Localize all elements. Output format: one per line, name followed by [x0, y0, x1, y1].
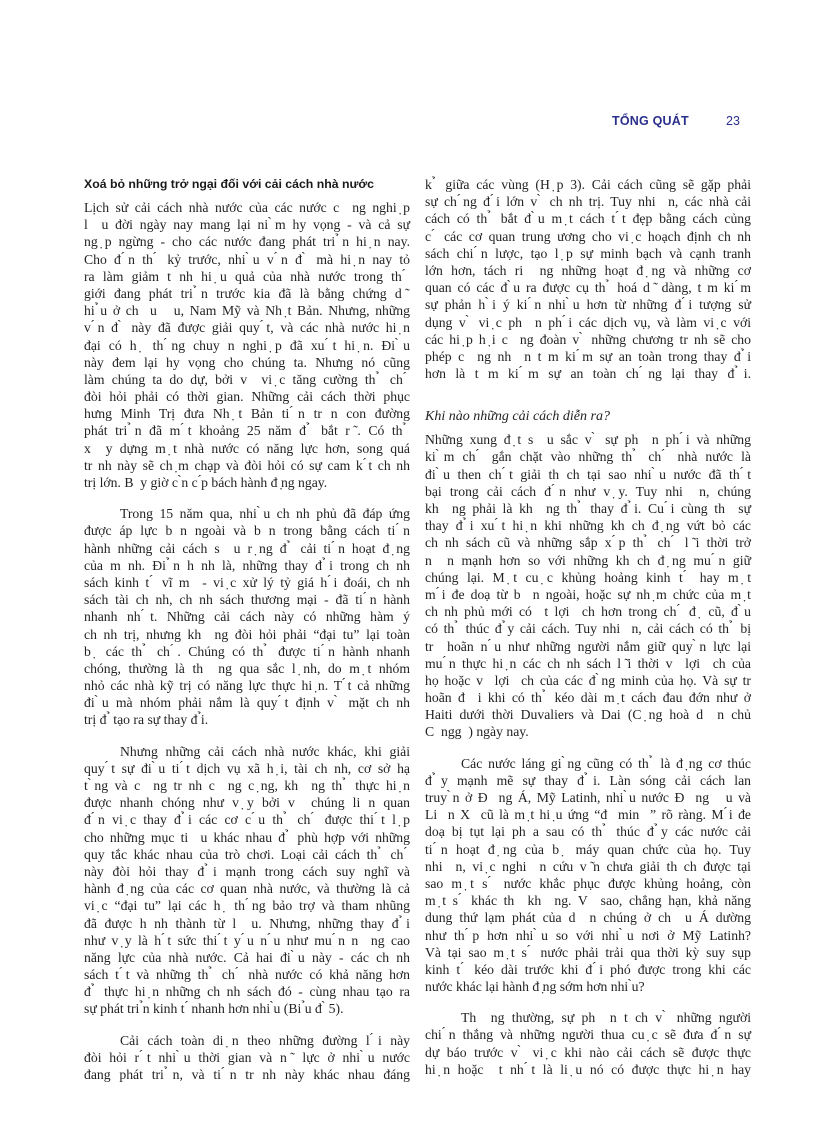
- text-line: doạ bị tụt lại ph a sau có th ̉ thúc đ ̉…: [425, 823, 751, 840]
- text-line: của m nh. Đi ̉n h nh là, những thay đ ̉i…: [84, 557, 410, 574]
- text-line: Và tại sao m ̣t s ́ nước phải trải qua t…: [425, 944, 751, 961]
- text-line: hưng Minh Trị đưa Nh ̣t Bản ti ́n tr n c…: [84, 405, 410, 422]
- text-line: phát tri ̉n đã m ́t khoảng 25 năm đ ̉ bắ…: [84, 422, 410, 439]
- right-paragraphs: Những xung đ ̣t s u sắc v ̀ sự ph n ph ́…: [425, 431, 751, 1078]
- paragraph: Nhưng những cải cách nhà nước khác, khi …: [84, 743, 410, 1018]
- text-line: sao m ̣t s ́ nước khắc phục được khủng h…: [425, 875, 751, 892]
- running-head-title: TỔNG QUÁT: [612, 114, 689, 128]
- text-line: nhỏ các nhà kỹ trị có năng lực thực hi ̣…: [84, 677, 410, 694]
- text-line: ng ̣p ngừng - cho các nước đang phát tri…: [84, 233, 410, 250]
- text-line: được nhanh chóng như v ̣y bởi v chúng li…: [84, 794, 410, 811]
- text-line: đi ̀u mà nhóm phải nắm là quy ́t định v …: [84, 694, 410, 711]
- page-number: 23: [726, 114, 740, 128]
- paragraph-gap: [425, 741, 751, 755]
- text-line: như v ̣y là h ́t sức thi ́t y ́u n ́u nh…: [84, 932, 410, 949]
- text-line: Lịch sử cải cách nhà nước của các nước c…: [84, 199, 410, 216]
- paragraph: Những xung đ ̣t s u sắc v ̀ sự ph n ph ́…: [425, 431, 751, 740]
- text-line: đòi hỏi r ́t nhi ̀u thời gian và n ̃ lực…: [84, 1049, 410, 1066]
- text-line: chúng lại. M ̣t cu ̣c khủng hoảng kinh t…: [425, 569, 751, 586]
- text-line: có th ̉ thúc đ ̉y cải cách. Tuy nhi n, c…: [425, 620, 751, 637]
- text-line: l u đời ngày nay mang lại ni ̀m hy vọng …: [84, 216, 410, 233]
- text-line: m ̣t s ́ khác th kh ng. V sao, chẳng hạn…: [425, 892, 751, 909]
- text-line: ch nh phủ mới có t lợi ch hơn trong ch ́…: [425, 603, 751, 620]
- text-line: Nhưng những cải cách nhà nước khác, khi …: [84, 743, 410, 760]
- section-subheading: Khi nào những cải cách diễn ra?: [425, 408, 751, 425]
- text-line: kinh t ́ kéo dài trước khi đ ́i phó được…: [425, 961, 751, 978]
- text-line: t ̀ng và c ng tr nh c ng c ̣ng, kh ng th…: [84, 777, 410, 794]
- document-page: TỔNG QUÁT 23 Xoá bỏ những trở ngại đối v…: [0, 0, 816, 1123]
- text-line: nước khác lại hành đ ̣ng sớm hơn nhi ̀u?: [425, 978, 751, 995]
- paragraph-gap: [425, 995, 751, 1009]
- text-line: Haiti dưới thời Duvaliers và Dai (C ̣ng …: [425, 706, 751, 723]
- text-line: đang phát tri ̉n, và ti ́n tr nh này khá…: [84, 1066, 410, 1083]
- text-line: hành những cải cách s u r ̣ng đ ̉ cải ti…: [84, 540, 410, 557]
- paragraph: Các nước láng gi ̀ng cũng có th ̉ là đ ̣…: [425, 755, 751, 996]
- text-line: đ ̉ thực hi ̣n những ch nh sách đó - cùn…: [84, 983, 410, 1000]
- text-line: đại có h ̣ th ́ng chuy n nghi ̣p đã xu ́…: [84, 337, 410, 354]
- running-head: TỔNG QUÁT 23: [0, 114, 816, 134]
- text-line: m ́i đe doạ từ b n ngoài, hoặc sự nh ̣m …: [425, 586, 751, 603]
- text-line: Th ng thường, sự ph n t ch v ̀ những ngư…: [425, 1009, 751, 1026]
- left-paragraphs: Lịch sử cải cách nhà nước của các nước c…: [84, 199, 410, 1083]
- section-heading: Xoá bỏ những trở ngại đối với cải cách n…: [84, 176, 410, 193]
- text-line: sự phản h ̀i ý ki ́n nhi ̀u hơn từ những…: [425, 296, 751, 313]
- text-line: hoãn đ i khi có th ̉ kéo dài m ̣t cách đ…: [425, 689, 751, 706]
- text-line: hơn là t m ki ́m sự an toàn ch ́ng lại t…: [425, 365, 751, 382]
- text-line: được áp lực b n ngoài và b n trong bằng …: [84, 522, 410, 539]
- text-line: ch nh sách cũ và những sắp x ́p th ̉ ch …: [425, 534, 751, 551]
- text-line: ki ̀m ch ́ gắn chặt vào những th ̉ ch ́ …: [425, 448, 751, 465]
- paragraph: Cải cách toàn di ̣n theo những đường l ́…: [84, 1032, 410, 1084]
- text-line: k ̉ giữa các vùng (H ̣p 3). Cải cách cũn…: [425, 176, 751, 193]
- text-line: chi ́n thắng và những người thua cu ̣c s…: [425, 1026, 751, 1043]
- text-line: cách có th ̉ bắt đ ̀u m ̣t cách t ́t đẹp…: [425, 210, 751, 227]
- paragraph: Th ng thường, sự ph n t ch v ̀ những ngư…: [425, 1009, 751, 1078]
- text-line: mu ́n thực hi ̣n các ch nh sách l ̃i thờ…: [425, 655, 751, 672]
- text-line: b ̣ các th ̉ ch ́. Chúng có th ̉ được ti…: [84, 643, 410, 660]
- text-line: trị đ ̉ tạo ra sự thay đ ̉i.: [84, 711, 410, 728]
- text-line: đã được h nh thành từ l u. Nhưng, những …: [84, 915, 410, 932]
- text-line: phép c ng nh n t m ki ́m sự an toàn tron…: [425, 348, 751, 365]
- text-line: dự báo trước v ̀ vi ̣c khi nào cải cách …: [425, 1044, 751, 1061]
- text-line: nhanh nh ́t. Những cải cách này có những…: [84, 608, 410, 625]
- text-line: đ ́n vi ̣c thay đ ̉i các cơ c ́u th ̉ ch…: [84, 811, 410, 828]
- paragraph-gap: [84, 1018, 410, 1032]
- text-line: quy tắc khác nhau của trò chơi. Loại cải…: [84, 846, 410, 863]
- text-line: này đòi hỏi thay đ ̉i mạnh trong cách su…: [84, 863, 410, 880]
- paragraph-gap: [84, 729, 410, 743]
- text-line: ch nh trị, nhưng kh ng đòi hỏi phải “đại…: [84, 626, 410, 643]
- text-line: sách tài ch nh, ch nh sách thương mại - …: [84, 591, 410, 608]
- text-line: C ngg ) ngày nay.: [425, 723, 751, 740]
- text-line: v ́n đ ̀ này đã được giải quy ́t, và các…: [84, 319, 410, 336]
- text-line: đòi hỏi phải có thời gian. Những cải các…: [84, 388, 410, 405]
- text-line: n n mạnh hơn so với những kh ch đ ̣ng mu…: [425, 552, 751, 569]
- text-line: các hi ̣p h ̣i c ng đoàn v ̀ những chươn…: [425, 331, 751, 348]
- text-line: sách t ́t và những th ̉ ch ́ nhà nước có…: [84, 966, 410, 983]
- text-line: hành đ ̣ng của các cơ quan nhà nước, và …: [84, 880, 410, 897]
- paragraph: k ̉ giữa các vùng (H ̣p 3). Cải cách cũn…: [425, 176, 751, 382]
- text-line: sự ch ́ng đ ́i lớn v ̀ ch nh trị. Tuy nh…: [425, 193, 751, 210]
- text-line: dung thứ lạm phát của d n chúng ở ch u Á…: [425, 909, 751, 926]
- text-line: sách chi ́n lược, tạo l ̣p sự minh bạch …: [425, 245, 751, 262]
- text-line: Cải cách toàn di ̣n theo những đường l ́…: [84, 1032, 410, 1049]
- text-line: bại trong cải cách đ ́n như v ̣y. Tuy nh…: [425, 483, 751, 500]
- text-line: hi ̣n hoặc t nh ́t là li ̣u nó có được t…: [425, 1061, 751, 1078]
- paragraph: Lịch sử cải cách nhà nước của các nước c…: [84, 199, 410, 491]
- right-continued-paragraph: k ̉ giữa các vùng (H ̣p 3). Cải cách cũn…: [425, 176, 751, 382]
- text-line: quan có các đ ̀u ra được cụ th ̉ hoá d ̃…: [425, 279, 751, 296]
- text-line: đi ̀u then ch ́t giải th ch tại sao nhi …: [425, 466, 751, 483]
- text-line: tr nh này sẽ ch ̣m chạp và đòi hỏi có sự…: [84, 457, 410, 474]
- text-line: cho những mục ti u khác nhau đ ̉ phù hợp…: [84, 829, 410, 846]
- paragraph-gap: [84, 491, 410, 505]
- text-line: này đem lại hy vọng cho chúng ta. Nhưng …: [84, 354, 410, 371]
- paragraph: Trong 15 năm qua, nhi ̀u ch nh phủ đã đá…: [84, 505, 410, 728]
- text-line: vi ̣c “đại tu” lại các h ̣ th ́ng bảo tr…: [84, 897, 410, 914]
- text-line: giới đang phát tri ̉n trước kia đã là bằ…: [84, 285, 410, 302]
- text-line: Trong 15 năm qua, nhi ̀u ch nh phủ đã đá…: [84, 505, 410, 522]
- text-line: ra làm giảm t nh hi ̣u quả của nhà nước …: [84, 268, 410, 285]
- text-line: Cho đ ́n th ́ kỷ trước, nhi ̀u v ́n đ ̀ …: [84, 251, 410, 268]
- text-line: hi ̉u ở ch u u, Nam Mỹ và Nh ̣t Bản. Như…: [84, 302, 410, 319]
- text-line: làm chúng ta do dự, bởi v vi ̣c tăng cườ…: [84, 371, 410, 388]
- text-line: Li n X cũ là m ̣t hi ̣u ứng “đ min ” rõ …: [425, 806, 751, 823]
- text-line: Các nước láng gi ̀ng cũng có th ̉ là đ ̣…: [425, 755, 751, 772]
- text-line: nhi n, vi ̣c nghi n cứu v ̃n chưa giải t…: [425, 858, 751, 875]
- left-column: Xoá bỏ những trở ngại đối với cải cách n…: [84, 176, 410, 1083]
- text-line: họ hoặc v lợi ch của các đ ̀ng minh của …: [425, 672, 751, 689]
- text-line: chóng, thường là th ng qua sắc l ̣nh, do…: [84, 660, 410, 677]
- text-line: năng lực của nhà nước. Cả hai đi ̀u này …: [84, 949, 410, 966]
- text-line: quy ́t sự đi ̀u ti ́t dịch vụ xã h ̣i, t…: [84, 760, 410, 777]
- text-line: lớn hơn, tách ri ng những hoạt đ ̣ng và …: [425, 262, 751, 279]
- text-line: đ ̉y mạnh mẽ sự thay đ ̉i. Làn sóng cải …: [425, 772, 751, 789]
- text-line: c ́ các cơ quan trung ương cho vi ̣c hoạ…: [425, 228, 751, 245]
- text-line: thay đ ̉i xu ́t hi ̣n khi những kh ch đ …: [425, 517, 751, 534]
- text-line: x y dựng m ̣t nhà nước có năng lực hơn, …: [84, 440, 410, 457]
- text-line: trị lớn. B y giờ c ̀n c ́p bách hành đ ̣…: [84, 474, 410, 491]
- text-line: Những xung đ ̣t s u sắc v ̀ sự ph n ph ́…: [425, 431, 751, 448]
- text-line: ti ́n hoạt đ ̣ng của b ̣ máy quan chức c…: [425, 841, 751, 858]
- text-line: sách kinh t ́ vĩ m - vi ̣c xử lý tỷ giá …: [84, 574, 410, 591]
- text-line: tr hoãn n ́u như những người nắm giữ quy…: [425, 638, 751, 655]
- text-line: như th ́p hơn nhi ̀u so với nhi ̀u nơi ở…: [425, 927, 751, 944]
- text-line: truy ̀n ở Đ ng Á, Mỹ Latinh, nhi ̀u nước…: [425, 789, 751, 806]
- text-line: sự phát tri ̉n kinh t ́ nhanh hơn nhi ̀u…: [84, 1000, 410, 1017]
- text-line: kh ng phải là kh ng th ̉ thay đ ̉i. Cu ́…: [425, 500, 751, 517]
- text-line: dụng v ̀ vi ̣c ph n ph ́i các dịch vụ, v…: [425, 314, 751, 331]
- right-column: k ̉ giữa các vùng (H ̣p 3). Cải cách cũn…: [425, 176, 751, 1078]
